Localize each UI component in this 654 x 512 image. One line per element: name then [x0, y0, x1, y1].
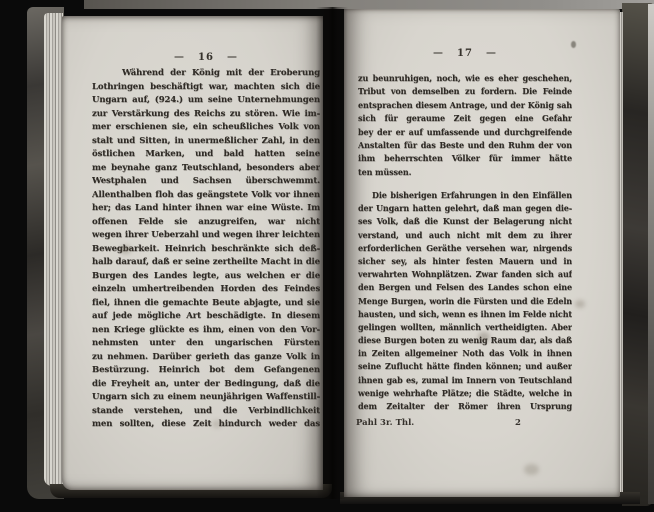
text-line: offenen Felde sie anzugreifen, war nicht… — [92, 216, 320, 230]
book-scan: — 16 — Während der König mit der Eroberu… — [0, 0, 654, 512]
text-line: ses Volk, daß die Kunst der Belagerung n… — [358, 215, 572, 228]
header-dash: — — [486, 49, 497, 58]
sheet-number: 2 — [515, 418, 521, 428]
right-page-header: — 17 — — [358, 48, 572, 59]
foxing-stain — [120, 245, 131, 254]
text-line: sicher sey, als hinter festen Mauern und… — [358, 255, 572, 268]
text-line: Tribut von demselben zu fordern. Die Fei… — [358, 85, 572, 98]
text-line: nen Kriege glückte es ihm, einen von den… — [92, 324, 320, 338]
text-line: mer erschienen sie, ein scheußliches Vol… — [92, 121, 320, 135]
text-line: den Bergen und Felsen des Landes schon e… — [358, 281, 572, 294]
text-line: stande verstehen, und die Verbindlichkei… — [92, 405, 320, 419]
text-line: seine Zuflucht hätte finden können; und … — [358, 360, 572, 373]
right-page-footer: Pahl 3r. Thl. 2 — [356, 418, 572, 432]
text-line: her; das Land hinter ihnen war eine Wüst… — [92, 202, 320, 216]
text-line: zu beunruhigen, noch, wie es eher gesche… — [358, 72, 572, 85]
text-line: me beynahe ganz Teutschland, besonders a… — [92, 162, 320, 176]
text-line: erforderlichen Geräthe versehen war, nir… — [358, 242, 572, 255]
right-page-number: 17 — [457, 48, 473, 59]
header-dash: — — [227, 53, 238, 62]
right-page-paragraph-2: Die bisherigen Erfahrungen in den Einfäl… — [358, 189, 572, 413]
text-line: zu nehmen. Darüber gerieth das ganze Vol… — [92, 351, 320, 365]
text-line: nehmsten unter den ungarischen Fürsten g… — [92, 337, 320, 351]
text-line: die Freyheit an, unter der Bedingung, da… — [92, 378, 320, 392]
text-line: Allenthalben floh das geängstete Volk vo… — [92, 189, 320, 203]
text-line: ten müssen. — [358, 166, 572, 179]
text-line: Lothringen beschäftigt war, machten sich… — [92, 81, 320, 95]
text-line: Anstalten für das Beste und den Ruhm der… — [358, 139, 572, 152]
text-line: diese Burgen boten zu wenig Raum dar, al… — [358, 334, 572, 347]
text-line: wegen ihrer Ueberzahl und wegen ihrer le… — [92, 229, 320, 243]
scan-top-edge — [84, 0, 654, 9]
text-line: wenige wehrhafte Plätze; die Städte, wel… — [358, 387, 572, 400]
text-line: Burgen des Landes legte, aus welchen er … — [92, 270, 320, 284]
right-page-paragraph-1: zu beunruhigen, noch, wie es eher gesche… — [358, 72, 572, 179]
foxing-stain — [575, 300, 585, 308]
right-page: — 17 — zu beunruhigen, noch, wie es eher… — [344, 9, 620, 497]
ink-speck — [571, 41, 576, 48]
text-line: verwahrten Wohnplätzen. Zwar fanden sich… — [358, 268, 572, 281]
text-line: dem Zeitalter der Römer ihren Ursprung g… — [358, 400, 572, 413]
text-line: hausten, und sich, wenn es ihnen im Feld… — [358, 308, 572, 321]
text-line: Westphalen und Sachsen überschwemmt. — [92, 175, 320, 189]
text-line: in Zeiten allgemeiner Noth das Volk in i… — [358, 347, 572, 360]
text-line: halb darauf, daß er seine zertheilte Mac… — [92, 256, 320, 270]
book-board-highlight — [648, 4, 654, 504]
printer-signature: Pahl 3r. Thl. — [356, 418, 414, 428]
left-page: — 16 — Während der König mit der Eroberu… — [62, 16, 323, 490]
foxing-stain — [212, 420, 222, 428]
text-line: auf jede mögliche Art beschädigte. In di… — [92, 310, 320, 324]
text-line: einzeln umhertreibenden Horden des Feind… — [92, 283, 320, 297]
text-line: Menge Burgen, worin die Fürsten und die … — [358, 295, 572, 308]
text-line: entsprachen diesem Antrage, und der Köni… — [358, 99, 572, 112]
text-line: Die bisherigen Erfahrungen in den Einfäl… — [358, 189, 572, 202]
text-line: verstand, und auch nicht mit dem zu ihre… — [358, 229, 572, 242]
text-line: Ungarn auf, (924.) um seine Unternehmung… — [92, 94, 320, 108]
text-line: Während der König mit der Eroberung von — [92, 67, 320, 81]
text-line: der Ungarn hatten gelehrt, daß man gegen… — [358, 202, 572, 215]
foxing-stain — [478, 332, 490, 342]
text-line: ihm beherrschten Völker für immer hätte … — [358, 152, 572, 165]
foxing-stain — [524, 464, 539, 475]
left-page-header: — 16 — — [92, 52, 320, 63]
text-line: fiel, ihnen die gemachte Beute abjagte, … — [92, 297, 320, 311]
header-dash: — — [174, 53, 185, 62]
text-line: östlichen Marken, und bald hatten seine … — [92, 148, 320, 162]
header-dash: — — [433, 49, 444, 58]
text-line: bey der er auf umfassende und durchgreif… — [358, 126, 572, 139]
text-line: sich für geraume Zeit gegen eine Gefahr … — [358, 112, 572, 125]
page-edges-left — [44, 13, 63, 486]
text-line: ihnen gab es, zumal im Innern von Teutsc… — [358, 374, 572, 387]
text-line: men sollten, diese Zeit hindurch weder d… — [92, 418, 320, 432]
text-line: gelingen wollten, männlich vertheidigten… — [358, 321, 572, 334]
left-page-number: 16 — [198, 52, 214, 63]
text-line: stalt und Sitten, in unermeßlicher Zahl,… — [92, 135, 320, 149]
text-line: zur Verstärkung des Reichs zu stören. Wi… — [92, 108, 320, 122]
text-line: Ungarn sich zu einem neunjährigen Waffen… — [92, 391, 320, 405]
text-line: Bestürzung. Heinrich bot dem Gefangenen — [92, 364, 320, 378]
